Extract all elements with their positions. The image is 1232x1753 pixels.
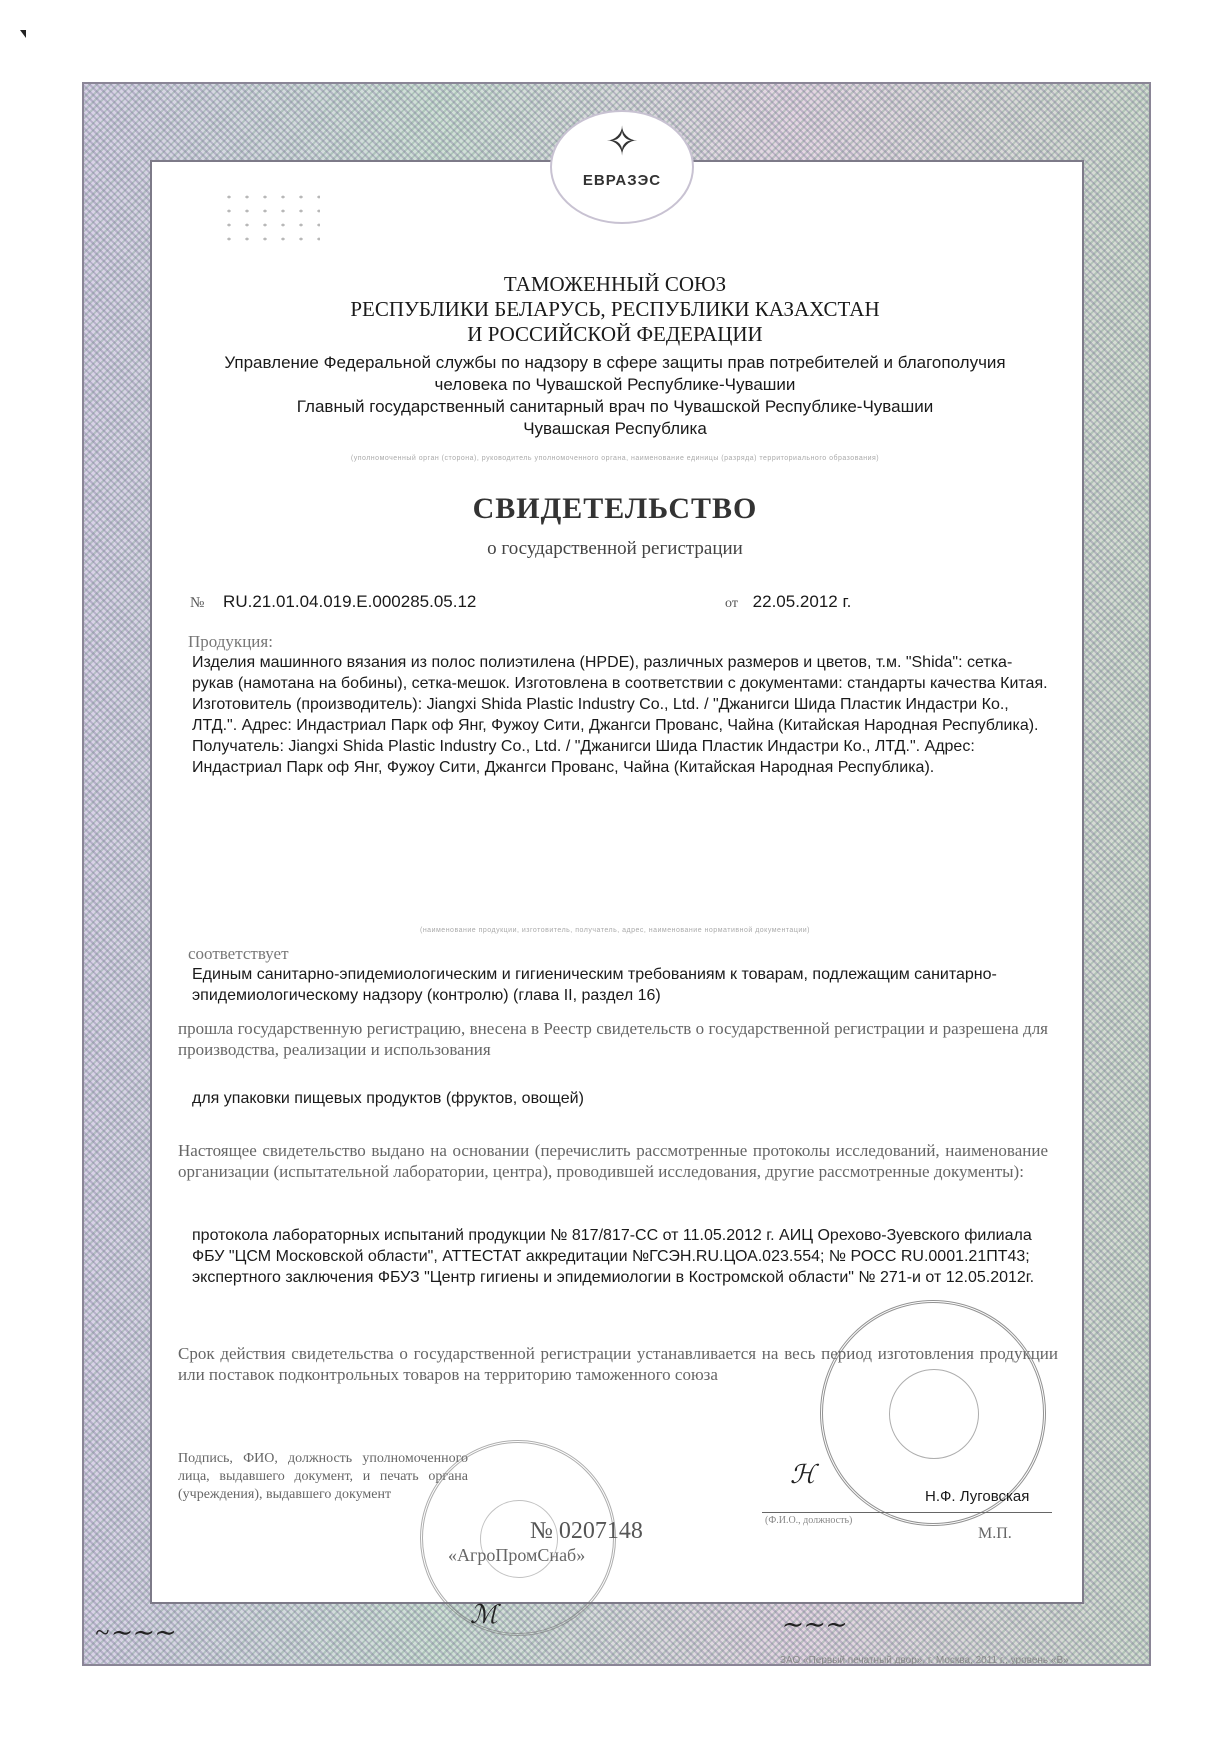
conformity-text: Единым санитарно-эпидемиологическим и ги…: [192, 964, 1052, 1006]
seal-place: М.П.: [978, 1525, 1012, 1543]
handwritten-signature: ℳ: [470, 1600, 498, 1630]
signatory-name: Н.Ф. Луговская: [925, 1488, 1029, 1505]
document-subtitle: о государственной регистрации: [150, 538, 1080, 560]
authority-line: Чувашская Республика: [150, 418, 1080, 440]
union-line: И РОССИЙСКОЙ ФЕДЕРАЦИИ: [150, 322, 1080, 347]
authority-line: Управление Федеральной службы по надзору…: [150, 352, 1080, 374]
signature-line: [762, 1512, 1052, 1513]
authority-block: Управление Федеральной службы по надзору…: [150, 352, 1080, 470]
basis-label: Настоящее свидетельство выдано на основа…: [178, 1140, 1048, 1182]
stamp-text: «АгроПромСнаб»: [448, 1545, 585, 1566]
authority-line: Главный государственный санитарный врач …: [150, 396, 1080, 418]
printer-imprint: ЗАО «Первый печатный двор», г. Москва, 2…: [780, 1655, 1069, 1666]
registered-text: прошла государственную регистрацию, внес…: [178, 1018, 1048, 1060]
scan-mark: [20, 30, 26, 38]
product-caption: (наименование продукции, изготовитель, п…: [150, 927, 1080, 934]
product-label: Продукция:: [188, 632, 273, 652]
handwritten-signature: ~∼∼∼: [95, 1618, 174, 1648]
number-label: №: [190, 595, 204, 611]
authority-line: человека по Чувашской Республике-Чувашии: [150, 374, 1080, 396]
usage-text: для упаковки пищевых продуктов (фруктов,…: [192, 1088, 1052, 1109]
handwritten-signature: ℋ: [790, 1460, 816, 1490]
eurasec-emblem: ✧ ЕВРАЗЭС: [550, 110, 694, 224]
basis-text: протокола лабораторных испытаний продукц…: [192, 1225, 1052, 1288]
registration-number: № RU.21.01.04.019.Е.000285.05.12: [190, 592, 476, 612]
date-label: от: [725, 596, 738, 611]
signature-caption: (Ф.И.О., должность): [765, 1515, 852, 1526]
registration-date: от 22.05.2012 г.: [725, 592, 851, 612]
handwritten-signature: ∼∼∼: [780, 1610, 845, 1640]
date-value: 22.05.2012 г.: [753, 592, 852, 611]
number-value: RU.21.01.04.019.Е.000285.05.12: [223, 592, 476, 611]
product-text: Изделия машинного вязания из полос полиэ…: [192, 652, 1052, 778]
union-line: РЕСПУБЛИКИ БЕЛАРУСЬ, РЕСПУБЛИКИ КАЗАХСТА…: [150, 297, 1080, 322]
document-title: СВИДЕТЕЛЬСТВО: [150, 492, 1080, 526]
union-line: ТАМОЖЕННЫЙ СОЮЗ: [150, 272, 1080, 297]
emblem-name: ЕВРАЗЭС: [552, 172, 692, 189]
union-heading: ТАМОЖЕННЫЙ СОЮЗ РЕСПУБЛИКИ БЕЛАРУСЬ, РЕС…: [150, 272, 1080, 347]
security-dot-pattern: [220, 190, 320, 245]
eurasec-emblem-icon: ✧: [552, 112, 692, 172]
coat-of-arms-icon: [889, 1369, 979, 1459]
conformity-label: соответствует: [188, 944, 289, 964]
form-serial: № 0207148: [530, 1518, 643, 1545]
authority-caption: (уполномоченный орган (сторона), руковод…: [150, 448, 1080, 470]
signature-label: Подпись, ФИО, должность уполномоченного …: [178, 1450, 468, 1504]
